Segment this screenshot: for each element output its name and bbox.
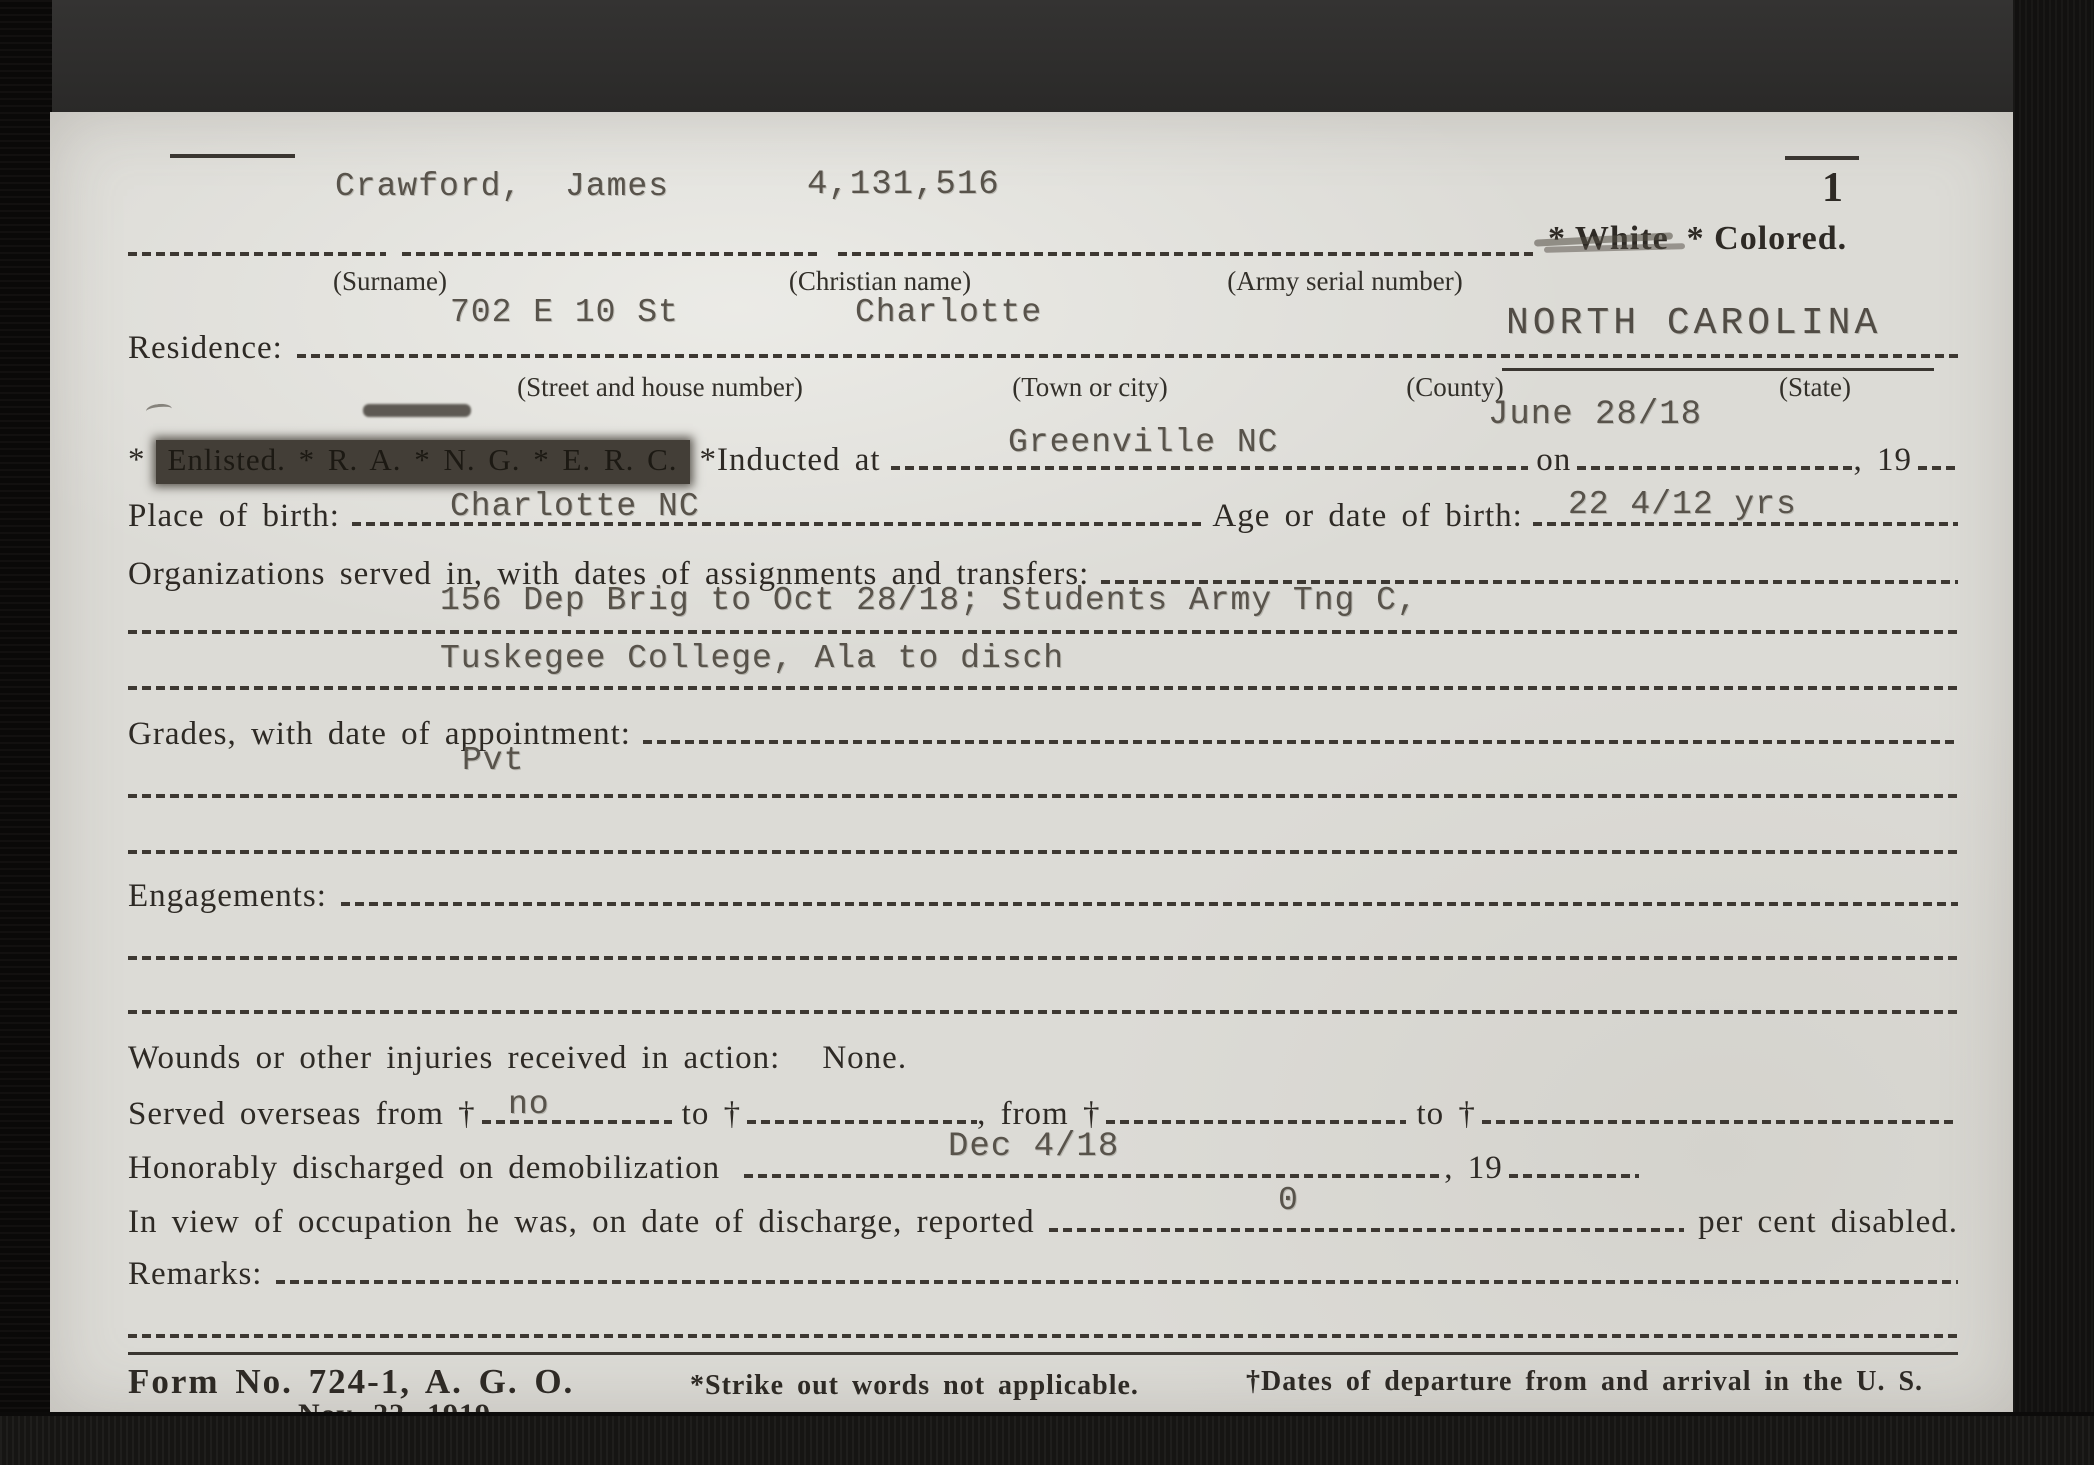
discharge-year-rule bbox=[1509, 1174, 1639, 1178]
overseas-from2-rule bbox=[1106, 1120, 1406, 1124]
surname-rule bbox=[128, 252, 386, 256]
induction-row: * Enlisted. * R. A. * N. G. * E. R. C. *… bbox=[128, 440, 1958, 484]
scan-left-border bbox=[0, 0, 52, 1465]
footer-separator bbox=[128, 1352, 1958, 1355]
place-of-birth-value: Charlotte NC bbox=[450, 488, 700, 525]
grades-rule-2 bbox=[128, 794, 1958, 798]
engagements-rule-3 bbox=[128, 1010, 1958, 1014]
top-left-dash-mark bbox=[170, 154, 295, 158]
enlistment-options-struck-out: Enlisted. * R. A. * N. G. * E. R. C. bbox=[156, 440, 690, 484]
grade-value: Pvt bbox=[462, 742, 524, 779]
residence-street-value: 702 E 10 St bbox=[450, 294, 679, 331]
strike-out-note: *Strike out words not applicable. bbox=[690, 1370, 1139, 1402]
organizations-line1: 156 Dep Brig to Oct 28/18; Students Army… bbox=[440, 582, 1418, 619]
induction-year-rule bbox=[1918, 466, 1958, 470]
organizations-row: Organizations served in, with dates of a… bbox=[128, 556, 1958, 593]
wounds-label: Wounds or other injuries received in act… bbox=[128, 1040, 780, 1077]
disability-rule bbox=[1049, 1228, 1685, 1232]
scan-top-border bbox=[50, 0, 2013, 113]
age-value: 22 4/12 yrs bbox=[1568, 486, 1797, 523]
page-number-overline bbox=[1785, 156, 1859, 160]
grades-row: Grades, with date of appointment: Pvt bbox=[128, 716, 1958, 753]
christian-name-label: (Christian name) bbox=[789, 266, 971, 297]
wounds-row: Wounds or other injuries received in act… bbox=[128, 1040, 1958, 1077]
remarks-label: Remarks: bbox=[128, 1256, 262, 1293]
race-options: * White * Colored. bbox=[1548, 220, 1847, 258]
overseas-to2-rule bbox=[1482, 1120, 1958, 1124]
residence-row: Residence: 702 E 10 St Charlotte NORTH C… bbox=[128, 330, 1958, 367]
dagger-note: †Dates of departure from and arrival in … bbox=[1246, 1366, 1923, 1398]
discharge-date-value: Dec 4/18 bbox=[948, 1128, 1119, 1166]
overseas-to-label: to † bbox=[682, 1096, 741, 1133]
organizations-rule-3 bbox=[128, 686, 1958, 690]
disability-label: In view of occupation he was, on date of… bbox=[128, 1204, 1035, 1241]
residence-rule bbox=[297, 354, 1958, 358]
induction-date-value: June 28/18 bbox=[1488, 396, 1702, 434]
disability-suffix: per cent disabled. bbox=[1698, 1204, 1958, 1241]
soldier-surname: Crawford, bbox=[335, 168, 522, 205]
discharge-label: Honorably discharged on demobilization bbox=[128, 1150, 720, 1187]
street-label: (Street and house number) bbox=[517, 372, 803, 403]
form-date: Nov. 22, 1919. bbox=[298, 1398, 500, 1412]
scan-right-border bbox=[2013, 0, 2094, 1465]
ink-smudge bbox=[363, 404, 471, 417]
inducted-at-label: *Inducted at bbox=[700, 442, 881, 479]
organizations-rule-2 bbox=[128, 630, 1958, 634]
disability-value: 0 bbox=[1278, 1182, 1299, 1219]
service-record-card: 1 Crawford, James 4,131,516 * White * Co… bbox=[50, 112, 2013, 1412]
grades-rule bbox=[643, 740, 1958, 744]
overseas-from-label: Served overseas from † bbox=[128, 1096, 476, 1133]
serial-number-rule bbox=[838, 252, 1538, 256]
state-underline bbox=[1502, 368, 1934, 371]
scan-bottom-border bbox=[0, 1412, 2094, 1465]
overseas-to2-label: to † bbox=[1416, 1096, 1475, 1133]
grades-rule-3 bbox=[128, 850, 1958, 854]
race-white-option-struck: * White bbox=[1548, 220, 1669, 258]
engagements-rule-2 bbox=[128, 956, 1958, 960]
army-serial-number: 4,131,516 bbox=[807, 166, 1000, 204]
form-number: Form No. 724-1, A. G. O. bbox=[128, 1362, 574, 1402]
on-label: on bbox=[1536, 442, 1571, 479]
grades-label: Grades, with date of appointment: bbox=[128, 716, 631, 753]
serial-number-label: (Army serial number) bbox=[1227, 266, 1462, 297]
scanned-service-record: 1 Crawford, James 4,131,516 * White * Co… bbox=[0, 0, 2094, 1465]
overseas-to-rule bbox=[747, 1120, 977, 1124]
soldier-christian-name: James bbox=[565, 168, 669, 205]
remarks-rule bbox=[276, 1280, 1958, 1284]
pencil-mark bbox=[145, 403, 172, 418]
remarks-row: Remarks: bbox=[128, 1256, 1958, 1293]
induction-asterisk: * bbox=[128, 442, 146, 479]
engagements-label: Engagements: bbox=[128, 878, 327, 915]
christian-name-rule bbox=[402, 252, 822, 256]
induction-place-rule bbox=[891, 466, 1529, 470]
discharge-row: Honorably discharged on demobilization ,… bbox=[128, 1150, 1958, 1187]
engagements-rule bbox=[341, 902, 1958, 906]
birth-row: Place of birth: Age or date of birth: Ch… bbox=[128, 498, 1958, 535]
town-label: (Town or city) bbox=[1012, 372, 1168, 403]
discharge-year-label: , 19 bbox=[1444, 1150, 1503, 1187]
age-label: Age or date of birth: bbox=[1212, 498, 1522, 535]
discharge-date-rule bbox=[744, 1174, 1444, 1178]
wounds-value: None. bbox=[822, 1040, 907, 1077]
place-of-birth-label: Place of birth: bbox=[128, 498, 340, 535]
induction-date-rule bbox=[1577, 466, 1853, 470]
surname-label: (Surname) bbox=[333, 266, 447, 297]
remarks-rule-2 bbox=[128, 1334, 1958, 1338]
disability-row: In view of occupation he was, on date of… bbox=[128, 1204, 1958, 1241]
overseas-from-value: no bbox=[508, 1086, 550, 1123]
induction-year-label: , 19 bbox=[1854, 442, 1913, 479]
residence-label: Residence: bbox=[128, 330, 283, 367]
induction-place-value: Greenville NC bbox=[1008, 424, 1278, 461]
engagements-row: Engagements: bbox=[128, 878, 1958, 915]
organizations-line2: Tuskegee College, Ala to disch bbox=[440, 640, 1064, 677]
state-label: (State) bbox=[1779, 372, 1851, 403]
residence-town-value: Charlotte bbox=[855, 294, 1042, 331]
page-number: 1 bbox=[1822, 164, 1844, 212]
residence-state-value: NORTH CAROLINA bbox=[1506, 302, 1881, 345]
race-colored-option: * Colored. bbox=[1687, 220, 1847, 258]
